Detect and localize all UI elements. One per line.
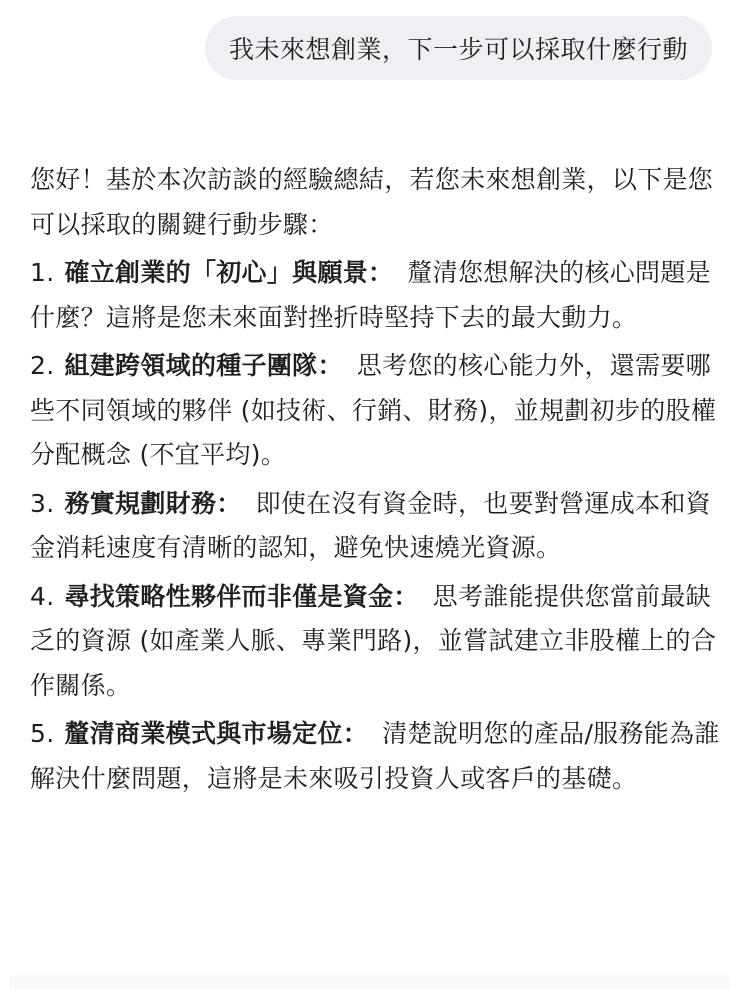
step-number: 5. <box>30 719 54 748</box>
step-title: 組建跨領域的種子團隊： <box>64 351 342 380</box>
step-title: 務實規劃財務： <box>64 489 241 518</box>
step-title: 確立創業的「初心」與願景： <box>64 258 393 287</box>
step-title: 釐清商業模式與市場定位： <box>64 719 368 748</box>
action-step: 5.釐清商業模式與市場定位：清楚說明您的產品/服務能為誰解決什麼問題，這將是未來… <box>30 712 720 801</box>
chat-conversation: 我未來想創業，下一步可以採取什麼行動 您好！基於本次訪談的經驗總結，若您未來想創… <box>0 0 740 989</box>
step-number: 4. <box>30 582 54 611</box>
assistant-response: 您好！基於本次訪談的經驗總結，若您未來想創業，以下是您可以採取的關鍵行動步驟： … <box>30 158 720 801</box>
bottom-edge <box>10 975 730 989</box>
action-step: 2.組建跨領域的種子團隊：思考您的核心能力外，還需要哪些不同領域的夥伴 (如技術… <box>30 344 720 478</box>
step-title: 尋找策略性夥伴而非僅是資金： <box>64 582 418 611</box>
step-number: 2. <box>30 351 54 380</box>
assistant-intro: 您好！基於本次訪談的經驗總結，若您未來想創業，以下是您可以採取的關鍵行動步驟： <box>30 158 720 247</box>
user-message-row: 我未來想創業，下一步可以採取什麼行動 <box>205 16 712 80</box>
user-message-bubble: 我未來想創業，下一步可以採取什麼行動 <box>205 16 712 80</box>
step-number: 1. <box>30 258 54 287</box>
step-number: 3. <box>30 489 54 518</box>
action-step: 1.確立創業的「初心」與願景：釐清您想解決的核心問題是什麼？這將是您未來面對挫折… <box>30 251 720 340</box>
action-step: 4.尋找策略性夥伴而非僅是資金：思考誰能提供您當前最缺乏的資源 (如產業人脈、專… <box>30 575 720 709</box>
action-step: 3.務實規劃財務：即使在沒有資金時，也要對營運成本和資金消耗速度有清晰的認知，避… <box>30 482 720 571</box>
action-steps-list: 1.確立創業的「初心」與願景：釐清您想解決的核心問題是什麼？這將是您未來面對挫折… <box>30 251 720 801</box>
